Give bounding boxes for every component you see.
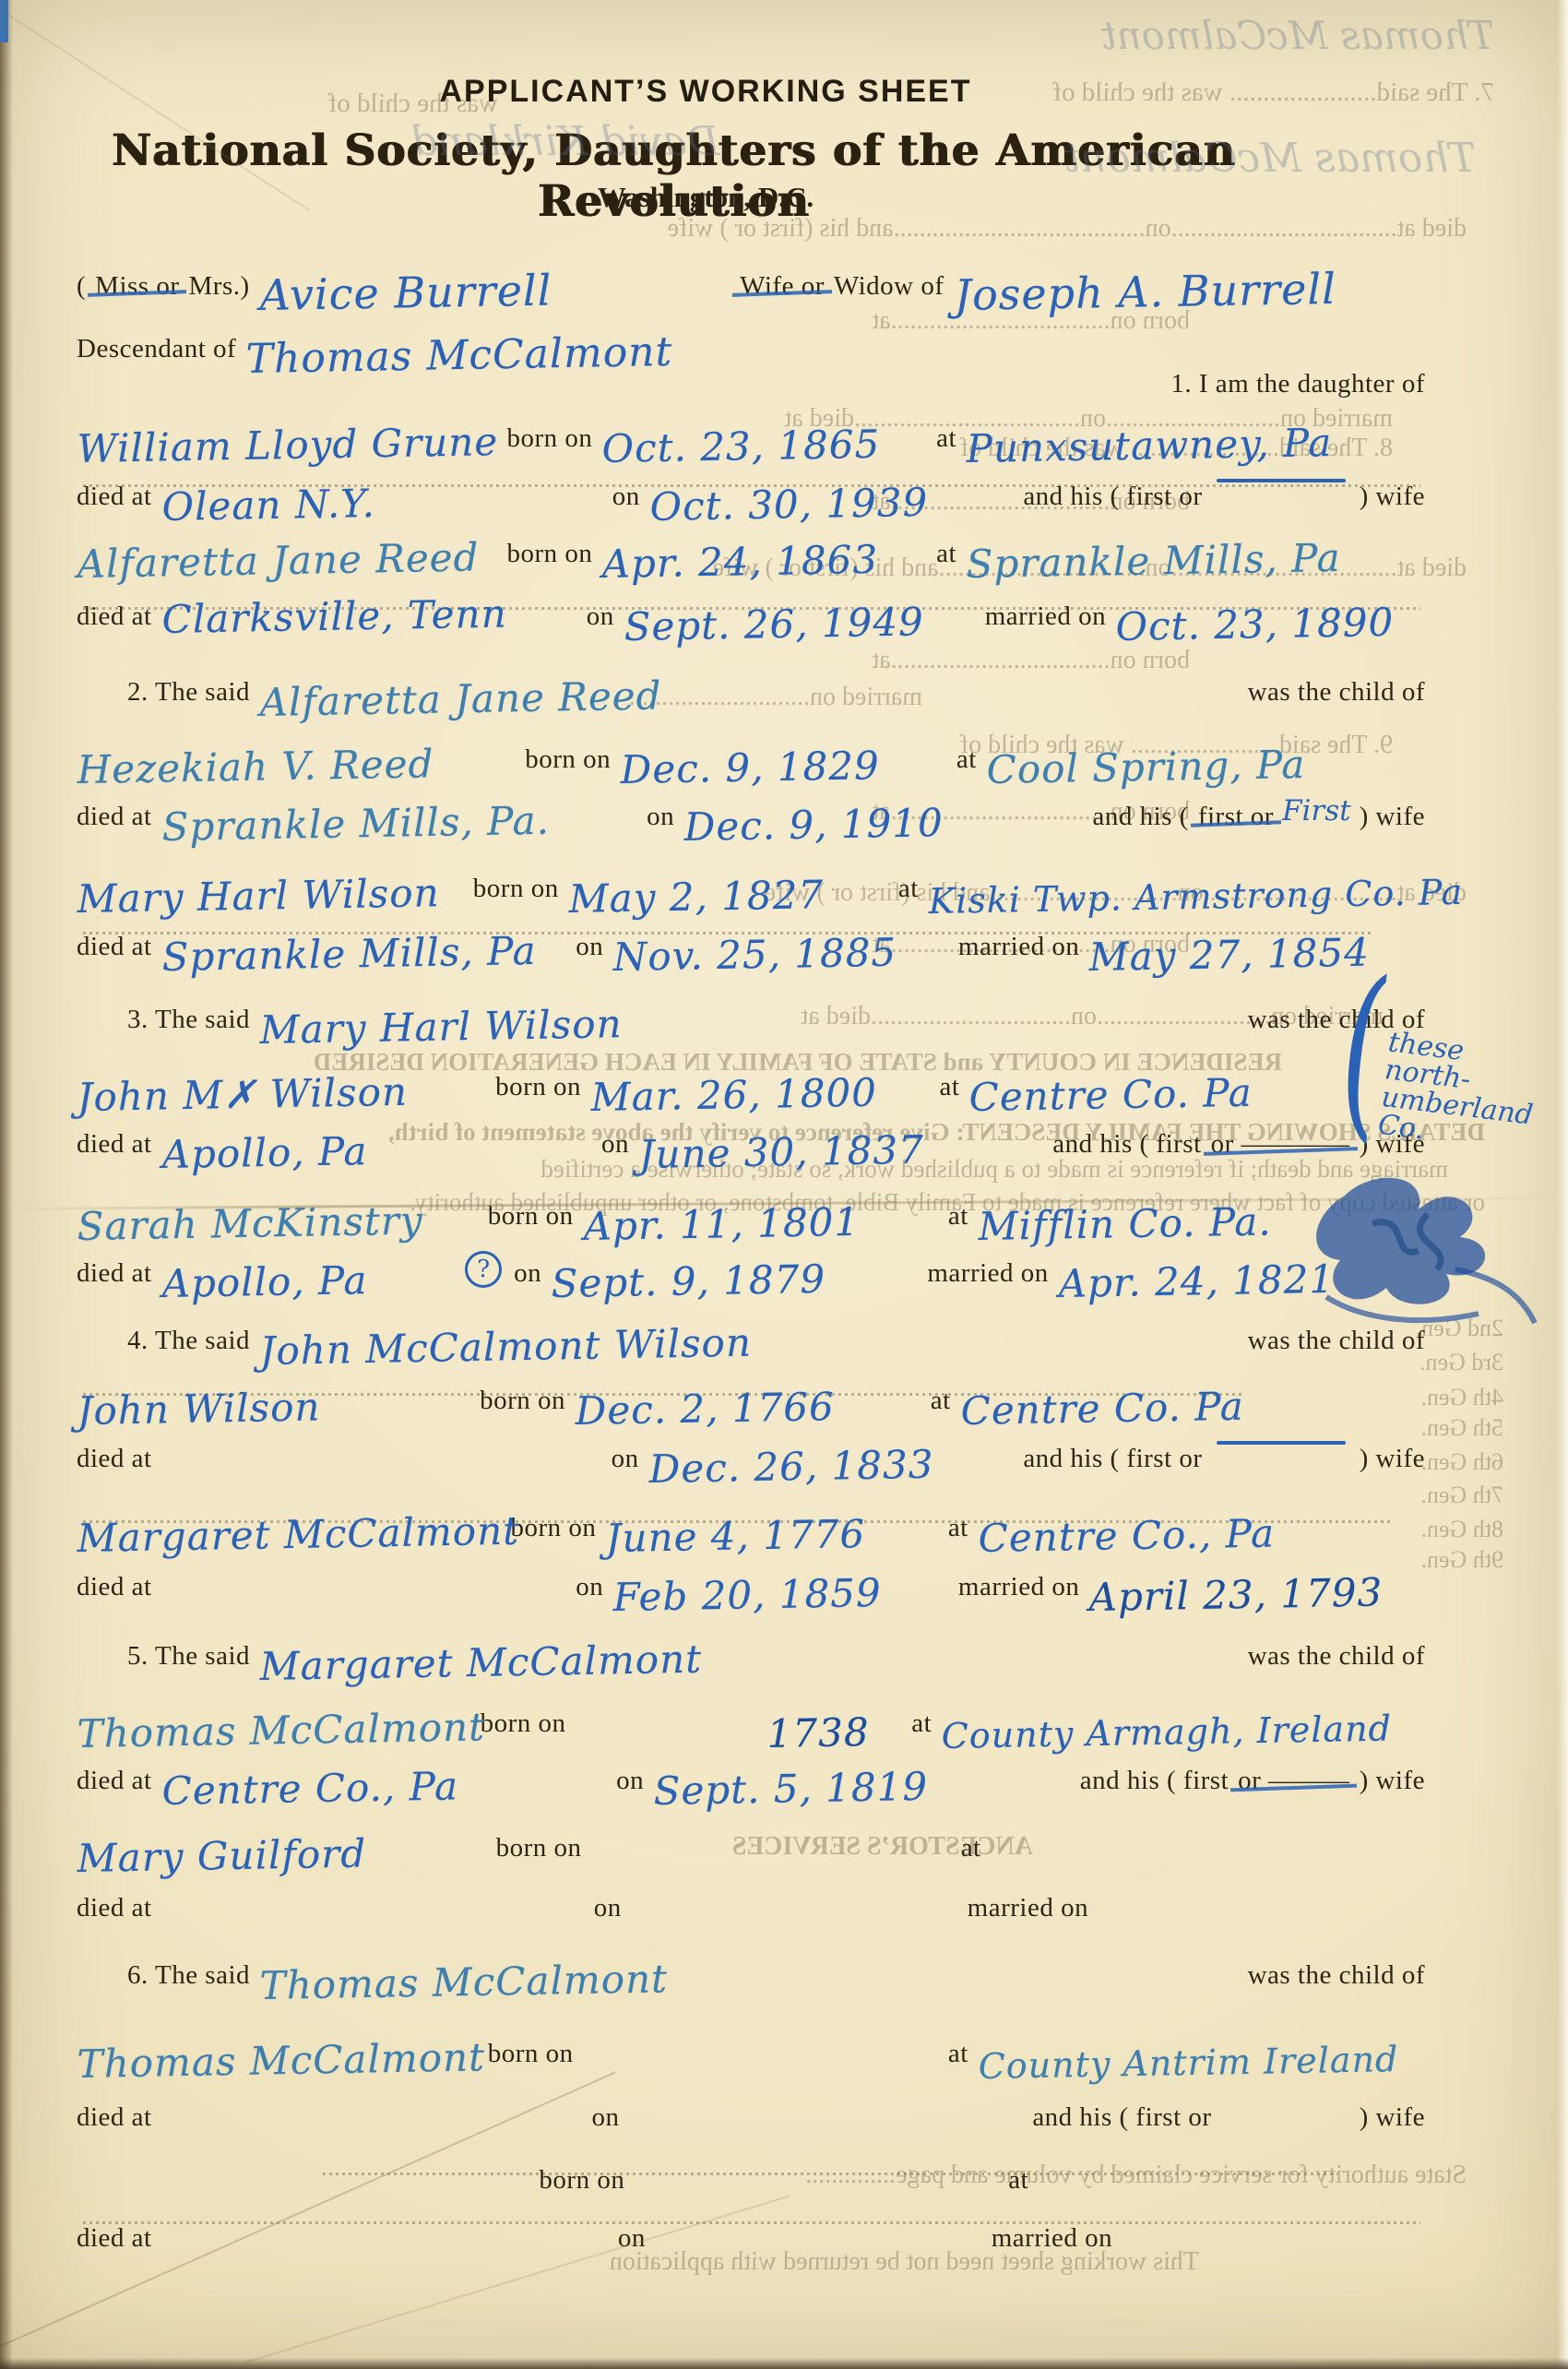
form-row: died atClarksville, TennonSept. 26, 1949…: [72, 583, 1430, 637]
scan-edge-bottom: [0, 2358, 1568, 2369]
form-row: Margaret McCalmontborn onJune 4, 1776atC…: [72, 1494, 1430, 1548]
form-row: died atSprankle Mills, PaonNov. 25, 1885…: [72, 913, 1430, 967]
handwritten-entry: Dec. 9, 1829: [621, 749, 881, 787]
form-label: and his ( first: [1048, 1130, 1206, 1164]
form-label: at: [932, 424, 961, 458]
form-label: born on: [534, 2166, 629, 2200]
form-label: Mrs.): [184, 272, 255, 306]
form-label: on: [607, 1445, 644, 1479]
handwritten-entry: Feb 20, 1859: [613, 1577, 883, 1614]
form-label: born on: [492, 1834, 587, 1868]
form-label: born on: [476, 1709, 571, 1744]
handwritten-entry: April 23, 1793: [1089, 1577, 1384, 1614]
form-label: 5. The said: [123, 1642, 255, 1676]
form-label: on: [612, 1767, 648, 1801]
form-label: and his ( first: [1075, 1767, 1233, 1801]
form-row: 5. The saidMargaret McCalmontwas the chi…: [72, 1623, 1430, 1676]
form-row: died atOlean N.Y.onOct. 30, 1939and his …: [72, 463, 1430, 517]
handwritten-entry: Thomas McCalmont: [77, 1711, 485, 1751]
form-label: ) wife: [1355, 1767, 1430, 1801]
handwritten-entry: Apr. 11, 1801: [583, 1206, 860, 1244]
form-label: born on: [475, 1387, 570, 1421]
form-label: born on: [483, 1202, 578, 1236]
form-label: ) wife: [1355, 482, 1430, 517]
handwritten-entry: Oct. 23, 1865: [602, 428, 881, 466]
form-label: on: [571, 933, 608, 967]
handwritten-entry: Sept. 9, 1879: [552, 1263, 826, 1301]
form-label: died at: [72, 1767, 157, 1801]
form-row: 4. The saidJohn McCalmont Wilsonwas the …: [72, 1307, 1430, 1361]
form-label: was the child of: [1243, 1642, 1430, 1676]
handwritten-entry: Dec. 2, 1766: [575, 1390, 835, 1428]
form-row: born onat: [72, 2147, 1430, 2200]
form-label: married on: [922, 1259, 1052, 1293]
form-label: born on: [502, 540, 597, 574]
form-row: died atSprankle Mills, Pa.onDec. 9, 1910…: [72, 783, 1430, 837]
handwritten-entry: Clarksville, Tenn: [161, 598, 507, 637]
form-label: ) wife: [1355, 803, 1430, 837]
form-label: born on: [520, 745, 615, 780]
form-label: on: [642, 803, 679, 837]
scan-edge-left-blue: [0, 0, 8, 42]
form-label: on: [608, 482, 645, 517]
scan-edge-left: [0, 0, 13, 2369]
handwritten-entry: Oct. 23, 1890: [1116, 606, 1395, 644]
form-label: died at: [72, 1445, 157, 1479]
handwritten-entry: Mifflin Co. Pa.: [978, 1206, 1272, 1244]
bleedthrough-text: David Kirkland: [37, 118, 719, 165]
form-label: at: [934, 1073, 964, 1107]
form-label: at: [926, 1387, 956, 1421]
handwritten-entry: John M✗ Wilson: [77, 1076, 408, 1114]
handwritten-entry: June 4, 1776: [606, 1518, 866, 1555]
form-row: 2. The saidAlfaretta Jane Reedwas the ch…: [72, 659, 1430, 712]
handwritten-entry: Hezekiah V. Reed: [77, 748, 434, 787]
form-label: on: [571, 1573, 608, 1607]
form-label: ) wife: [1355, 1445, 1430, 1479]
form-label: at: [944, 1514, 973, 1548]
handwritten-entry: Avice Burrell: [259, 272, 552, 314]
form-row: Thomas McCalmontborn onatCounty Antrim I…: [72, 2020, 1430, 2074]
ink-strike-dash: [1217, 479, 1346, 482]
bleedthrough-text: 7. The said...................... was th…: [793, 77, 1494, 108]
form-row: 3. The saidMary Harl Wilsonwas the child…: [72, 986, 1430, 1040]
form-label: at: [956, 1834, 986, 1868]
form-label: at: [944, 2040, 973, 2074]
form-row: Hezekiah V. Reedborn onDec. 9, 1829atCoo…: [72, 726, 1430, 780]
handwritten-entry: Apollo, Pa: [161, 1135, 367, 1172]
form-label: 6. The said: [123, 1961, 255, 1995]
handwritten-entry: Margaret McCalmont: [77, 1515, 519, 1555]
bleedthrough-text: died at.................................…: [101, 214, 1467, 244]
form-row: died atApollo, Pa?onSept. 9, 1879married…: [72, 1240, 1430, 1293]
handwritten-entry: Alfaretta Jane Reed: [259, 680, 661, 720]
form-label: died at: [72, 2224, 157, 2258]
form-label: on: [597, 1130, 634, 1164]
handwritten-entry: Sarah McKinstry: [77, 1205, 423, 1244]
handwritten-entry: Sprankle Mills, Pa: [161, 935, 536, 974]
handwritten-entry: Margaret McCalmont: [259, 1643, 702, 1684]
form-label: married on: [954, 933, 1084, 967]
handwritten-entry: Kiski Twp. Armstrong Co. Pa: [928, 877, 1463, 916]
form-label-struck: Wife or: [735, 272, 829, 306]
form-label-struck: first or: [1194, 803, 1278, 837]
form-label: and his (: [1087, 803, 1193, 837]
form-label: died at: [72, 1259, 157, 1293]
form-label: born on: [491, 1073, 586, 1107]
handwritten-correction: First: [1278, 794, 1355, 837]
form-label: at: [944, 1202, 973, 1236]
form-label: at: [932, 540, 961, 574]
form-label: died at: [72, 1894, 157, 1928]
form-label: and his ( first or: [1018, 1445, 1206, 1479]
form-label: on: [589, 1894, 626, 1928]
form-label: and his ( first or: [1028, 2103, 1216, 2137]
form-row: John M✗ Wilsonborn onMar. 26, 1800atCent…: [72, 1054, 1430, 1107]
handwritten-entry: Mary Harl Wilson: [259, 1007, 622, 1047]
form-label: married on: [963, 1894, 1093, 1928]
handwritten-entry: Sprankle Mills, Pa.: [161, 804, 550, 844]
handwritten-entry: William Lloyd Grune: [77, 425, 498, 466]
handwritten-entry: Centre Co., Pa: [161, 1770, 458, 1808]
form-row: died atonmarried on: [72, 2205, 1430, 2258]
form-label: at: [952, 745, 981, 780]
form-row: died atonDec. 26, 1833and his ( first or…: [72, 1425, 1430, 1479]
handwritten-entry: Oct. 30, 1939: [649, 486, 928, 524]
handwritten-entry: 1738: [767, 1716, 870, 1751]
organization-city: Washington, D.C.: [0, 181, 1411, 214]
form-row: Mary Guilfordborn onat: [72, 1815, 1430, 1868]
handwritten-entry: Mary Harl Wilson: [77, 876, 439, 916]
form-label: was the child of: [1243, 678, 1430, 712]
form-row: died atApollo, PaonJune 30, 1837and his …: [72, 1111, 1430, 1164]
form-label-struck: or ———: [1233, 1767, 1354, 1801]
handwritten-entry: Mary Guilford: [77, 1838, 366, 1875]
form-label: Widow of: [829, 272, 949, 306]
handwritten-entry: Centre Co. Pa: [960, 1390, 1244, 1428]
form-row: died atonand his ( first or) wife: [72, 2084, 1430, 2137]
form-label: on: [588, 2103, 624, 2137]
form-row: Alfaretta Jane Reedborn onApr. 24, 1863a…: [72, 520, 1430, 574]
form-row: Mary Harl Wilsonborn onMay 2, 1827atKisk…: [72, 855, 1430, 909]
form-label: died at: [72, 803, 157, 837]
form-label: married on: [987, 2224, 1117, 2258]
handwritten-entry: Dec. 9, 1910: [683, 806, 944, 844]
margin-note-text: these north- umberland Co.: [1376, 1029, 1540, 1157]
form-label: died at: [72, 1573, 157, 1607]
handwritten-entry: May 27, 1854: [1089, 936, 1371, 974]
handwritten-entry: Centre Co., Pa: [978, 1518, 1275, 1555]
form-label: at: [1004, 2166, 1033, 2200]
form-label: 4. The said: [123, 1327, 255, 1361]
handwritten-entry: June 30, 1837: [638, 1134, 924, 1172]
handwritten-entry: John Wilson: [77, 1391, 320, 1428]
ink-strike-dash: [1217, 1441, 1346, 1445]
form-label: 2. The said: [123, 678, 255, 712]
bleedthrough-text: Thomas McCalmont: [941, 13, 1494, 58]
handwritten-entry: Cool Spring, Pa: [986, 748, 1305, 787]
form-row: died atCentre Co., PaonSept. 5, 1819and …: [72, 1747, 1430, 1801]
form-label: 1. I am the daughter of: [1166, 370, 1430, 404]
handwritten-entry: Centre Co. Pa: [969, 1077, 1253, 1114]
ink-blot: [1289, 1159, 1548, 1334]
form-label: was the child of: [1243, 1961, 1430, 1995]
handwritten-entry: Sept. 26, 1949: [624, 606, 924, 644]
handwritten-entry: Thomas McCalmont: [77, 2042, 485, 2081]
handwritten-entry: Nov. 25, 1885: [613, 936, 897, 974]
form-row: Thomas McCalmontborn on1738atCounty Arma…: [72, 1690, 1430, 1744]
handwritten-entry: County Antrim Ireland: [978, 2044, 1398, 2081]
handwritten-entry: May 2, 1827: [568, 878, 824, 916]
handwritten-entry: Dec. 26, 1833: [648, 1448, 933, 1486]
scan-edge-right: [1557, 0, 1568, 2369]
form-label: 3. The said: [123, 1006, 255, 1040]
form-label: died at: [72, 933, 157, 967]
form-label: born on: [483, 2040, 578, 2074]
form-label: died at: [72, 2103, 157, 2137]
form-label: born on: [469, 875, 564, 909]
handwritten-entry: Olean N.Y.: [161, 487, 375, 524]
form-label: on: [509, 1259, 546, 1293]
handwritten-entry: Thomas McCalmont: [259, 1963, 668, 2003]
handwritten-entry: Joseph A. Burrell: [954, 271, 1336, 314]
bleedthrough-text: Thomas McCalmont: [812, 135, 1476, 182]
margin-note: ( these north- umberland Co.: [1332, 1000, 1544, 1158]
scanned-form-page: APPLICANT’S WORKING SHEET National Socie…: [0, 0, 1568, 2369]
form-label: born on: [505, 1514, 600, 1548]
form-label: died at: [72, 482, 157, 517]
handwritten-entry: Alfaretta Jane Reed: [77, 542, 479, 581]
handwritten-entry: Sept. 5, 1819: [654, 1770, 929, 1808]
form-label: and his ( first or: [1018, 482, 1206, 517]
handwritten-entry: Sprankle Mills, Pa: [966, 542, 1340, 581]
form-label-struck: Miss or: [90, 272, 184, 306]
form-label: married on: [954, 1573, 1084, 1607]
form-row: 6. The saidThomas McCalmontwas the child…: [72, 1942, 1430, 1995]
handwritten-entry: Apollo, Pa: [161, 1264, 367, 1301]
handwritten-entry: Mar. 26, 1800: [590, 1077, 877, 1114]
form-label: ) wife: [1355, 2103, 1430, 2137]
form-label: at: [894, 875, 923, 909]
form-row: John Wilsonborn onDec. 2, 1766atCentre C…: [72, 1367, 1430, 1421]
form-label: on: [582, 602, 619, 637]
form-row: died atonmarried on: [72, 1875, 1430, 1928]
form-label: married on: [980, 602, 1111, 637]
circled-question-mark: ?: [465, 1251, 502, 1288]
handwritten-entry: County Armagh, Ireland: [942, 1713, 1393, 1751]
form-label: born on: [502, 424, 597, 458]
form-row: 1. I am the daughter of: [72, 351, 1430, 404]
form-row: Sarah McKinstryborn onApr. 11, 1801atMif…: [72, 1183, 1430, 1236]
form-row: (Miss orMrs.)Avice BurrellWife orWidow o…: [72, 253, 1430, 306]
form-label: died at: [72, 602, 157, 637]
form-label: at: [907, 1709, 936, 1744]
form-label: (: [72, 272, 90, 306]
handwritten-entry: Apr. 24, 1863: [602, 543, 879, 581]
form-label: died at: [72, 1130, 157, 1164]
handwritten-entry: John McCalmont Wilson: [259, 1327, 752, 1368]
form-row: died atonFeb 20, 1859married onApril 23,…: [72, 1554, 1430, 1607]
bleedthrough-text: was the child of: [111, 89, 498, 119]
form-row: William Lloyd Gruneborn onOct. 23, 1865a…: [72, 405, 1430, 458]
handwritten-entry: Punxsutawney, Pa: [966, 426, 1332, 466]
